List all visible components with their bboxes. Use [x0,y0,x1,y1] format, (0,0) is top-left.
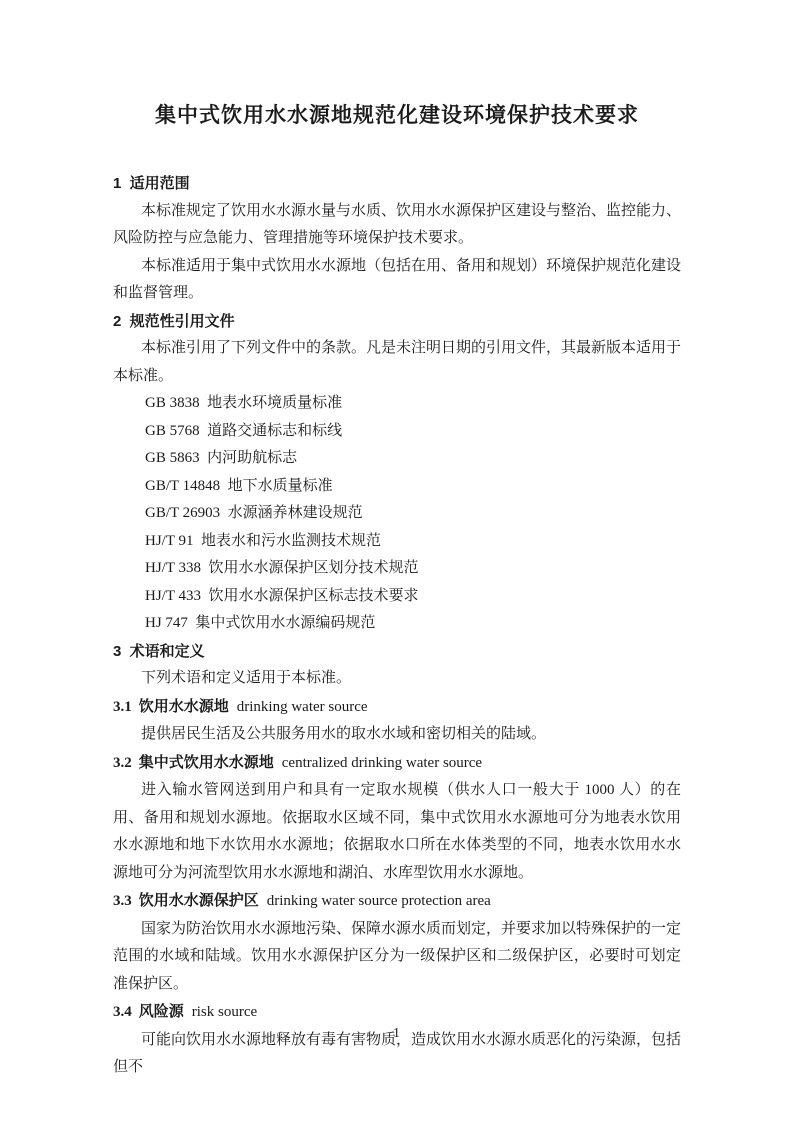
reference-item: GB/T 26903 水源涵养林建设规范 [113,500,681,528]
document-page: 集中式饮用水水源地规范化建设环境保护技术要求 1 适用范围 本标准规定了饮用水水… [0,0,793,1122]
section-3-heading: 3 术语和定义 [113,638,681,666]
term-number: 3.2 [113,755,132,771]
section-1-paragraph-1: 本标准规定了饮用水水源水量与水质、饮用水水源保护区建设与整治、监控能力、风险防控… [113,198,681,253]
reference-item: GB 5768 道路交通标志和标线 [113,418,681,446]
reference-item: GB/T 14848 地下水质量标准 [113,473,681,501]
term-definition-3-1: 提供居民生活及公共服务用水的取水水域和密切相关的陆域。 [113,721,681,749]
page-number: 1 [0,1026,793,1042]
term-number: 3.4 [113,1004,132,1020]
reference-item: HJ/T 91 地表水和污水监测技术规范 [113,528,681,556]
term-number: 3.1 [113,699,132,715]
term-name-zh: 风险源 [139,1003,184,1020]
term-name-en: drinking water source protection area [267,893,491,909]
term-name-en: drinking water source [237,699,368,715]
section-scope: 1 适用范围 本标准规定了饮用水水源水量与水质、饮用水水源保护区建设与整治、监控… [113,170,681,308]
term-definition-3-2: 进入输水管网送到用户和具有一定取水规模（供水人口一般大于 1000 人）的在用、… [113,777,681,887]
term-name-zh: 饮用水水源保护区 [139,892,259,909]
term-name-en: risk source [192,1004,257,1020]
term-name-en: centralized drinking water source [282,755,482,771]
section-3-intro: 下列术语和定义适用于本标准。 [113,665,681,693]
section-normative-references: 2 规范性引用文件 本标准引用了下列文件中的条款。凡是未注明日期的引用文件，其最… [113,308,681,638]
term-name-zh: 饮用水水源地 [139,698,229,715]
section-1-heading: 1 适用范围 [113,170,681,198]
reference-item: GB 5863 内河助航标志 [113,445,681,473]
term-definition-3-3: 国家为防治饮用水水源地污染、保障水源水质而划定，并要求加以特殊保护的一定范围的水… [113,916,681,999]
section-2-heading: 2 规范性引用文件 [113,308,681,336]
term-heading-3-3: 3.3饮用水水源保护区drinking water source protect… [113,887,681,916]
term-heading-3-2: 3.2集中式饮用水水源地centralized drinking water s… [113,749,681,778]
term-number: 3.3 [113,893,132,909]
reference-item: HJ/T 338 饮用水水源保护区划分技术规范 [113,555,681,583]
document-title: 集中式饮用水水源地规范化建设环境保护技术要求 [113,103,681,128]
section-1-paragraph-2: 本标准适用于集中式饮用水水源地（包括在用、备用和规划）环境保护规范化建设和监督管… [113,253,681,308]
reference-item: HJ/T 433 饮用水水源保护区标志技术要求 [113,583,681,611]
term-heading-3-4: 3.4风险源risk source [113,998,681,1027]
term-heading-3-1: 3.1饮用水水源地drinking water source [113,693,681,722]
section-terms-definitions: 3 术语和定义 下列术语和定义适用于本标准。 3.1饮用水水源地drinking… [113,638,681,1082]
section-2-paragraph-1: 本标准引用了下列文件中的条款。凡是未注明日期的引用文件，其最新版本适用于本标准。 [113,335,681,390]
term-name-zh: 集中式饮用水水源地 [139,754,274,771]
reference-item: GB 3838 地表水环境质量标准 [113,390,681,418]
reference-item: HJ 747 集中式饮用水水源编码规范 [113,610,681,638]
